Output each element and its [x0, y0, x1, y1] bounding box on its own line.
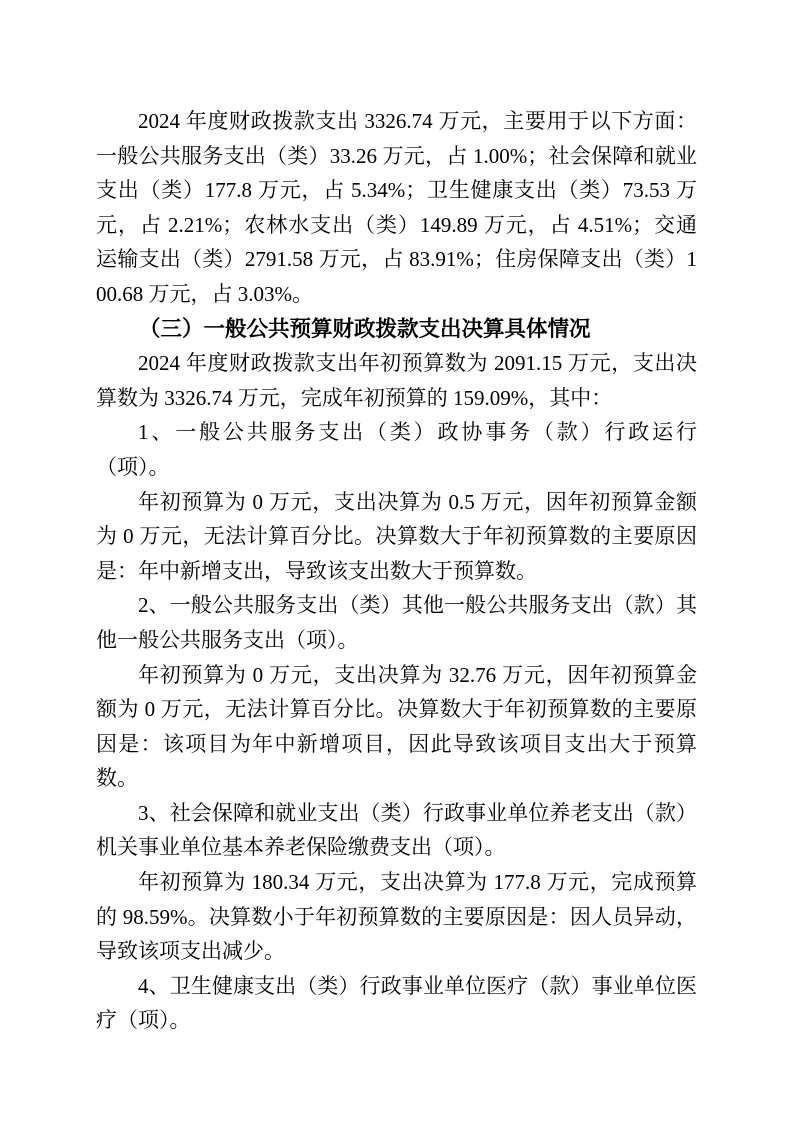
paragraph-item-1-title: 1、一般公共服务支出（类）政协事务（款）行政运行（项）。: [96, 415, 697, 484]
paragraph-item-2-title: 2、一般公共服务支出（类）其他一般公共服务支出（款）其他一般公共服务支出（项）。: [96, 588, 697, 657]
paragraph-budget-vs-final-accounts: 2024 年度财政拨款支出年初预算数为 2091.15 万元，支出决算数为 33…: [96, 346, 697, 415]
section-heading-three: （三）一般公共预算财政拨款支出决算具体情况: [96, 312, 697, 347]
paragraph-item-3-detail: 年初预算为 180.34 万元，支出决算为 177.8 万元，完成预算的 98.…: [96, 865, 697, 969]
document-page: 2024 年度财政拨款支出 3326.74 万元，主要用于以下方面：一般公共服务…: [0, 0, 793, 1122]
paragraph-item-2-detail: 年初预算为 0 万元，支出决算为 32.76 万元，因年初预算金额为 0 万元，…: [96, 658, 697, 796]
paragraph-item-1-detail: 年初预算为 0 万元，支出决算为 0.5 万元，因年初预算金额为 0 万元，无法…: [96, 485, 697, 589]
paragraph-item-4-title: 4、卫生健康支出（类）行政事业单位医疗（款）事业单位医疗（项）。: [96, 969, 697, 1038]
paragraph-item-3-title: 3、社会保障和就业支出（类）行政事业单位养老支出（款）机关事业单位基本养老保险缴…: [96, 796, 697, 865]
paragraph-funding-expenditure-breakdown: 2024 年度财政拨款支出 3326.74 万元，主要用于以下方面：一般公共服务…: [96, 104, 697, 312]
